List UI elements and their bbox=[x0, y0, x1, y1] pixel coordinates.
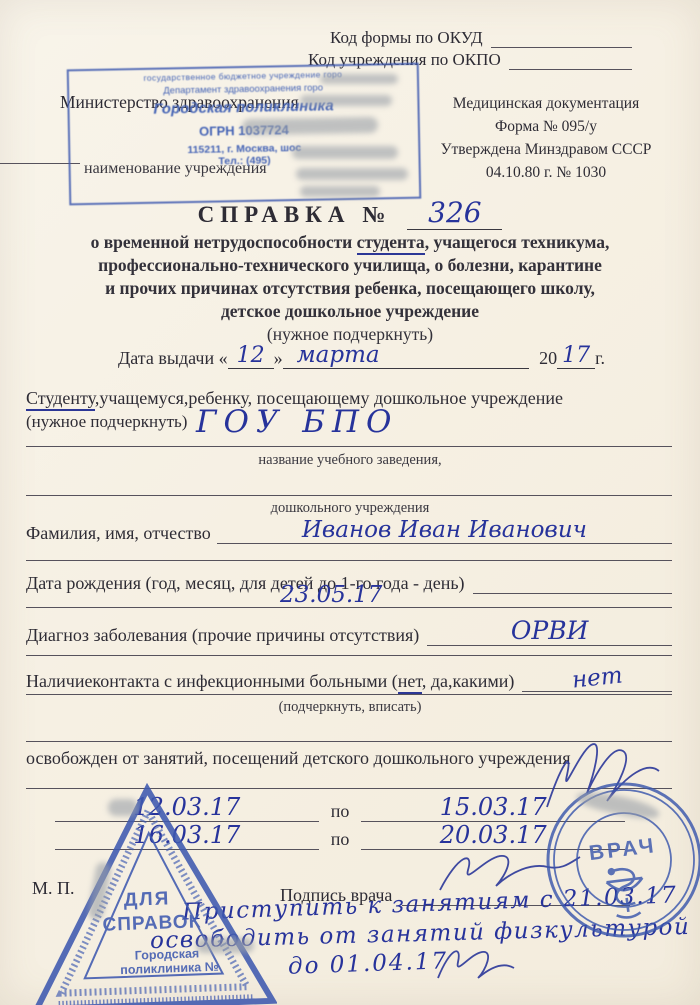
issue-year-value: 17 bbox=[562, 343, 590, 368]
release-po-1: по bbox=[331, 801, 350, 822]
diagnosis-row: Диагноз заболевания (прочие причины отсу… bbox=[26, 614, 672, 646]
diagnosis-extra-line bbox=[26, 655, 672, 656]
doctor-note-3: до 01.04.17 bbox=[288, 948, 449, 980]
scanned-certificate-page: Код формы по ОКУД Код учреждения по ОКПО… bbox=[0, 0, 700, 1005]
issue-day-value: 12 bbox=[237, 343, 265, 368]
contact-underlined-no: нет bbox=[398, 671, 422, 694]
redaction-smudge bbox=[292, 146, 398, 159]
release-to-1: 15.03.17 bbox=[440, 793, 547, 821]
certificate-title: СПРАВКА № bbox=[198, 202, 392, 228]
round-stamp-text: ВРАЧ bbox=[588, 834, 658, 865]
redaction-smudge bbox=[320, 74, 398, 84]
okud-blank-line bbox=[491, 46, 632, 48]
subtitle-underlined-word: студента bbox=[357, 232, 425, 255]
redaction-smudge bbox=[242, 117, 378, 135]
redaction-smudge bbox=[196, 938, 254, 953]
issue-year-prefix: 20 bbox=[539, 348, 557, 369]
contact-caption: (подчеркнуть, вписать) bbox=[0, 699, 700, 716]
release-label: освобожден от занятий, посещений детског… bbox=[26, 748, 571, 769]
subtitle-line3: и прочих причинах отсутствия ребенка, по… bbox=[20, 277, 680, 300]
subtitle-line1-pre: о временной нетрудоспособности bbox=[91, 232, 357, 252]
diagnosis-value: ОРВИ bbox=[511, 616, 589, 645]
student-underline-note: (нужное подчеркнуть) bbox=[26, 412, 187, 432]
contact-extra-line bbox=[26, 694, 672, 695]
issue-quote-close: » bbox=[274, 348, 283, 369]
birth-value-line bbox=[26, 607, 672, 608]
birth-label: Дата рождения (год, месяц, для детей до … bbox=[26, 573, 465, 594]
med-doc-line3: Утверждена Минздравом СССР bbox=[400, 138, 692, 161]
snake-and-bowl-icon bbox=[605, 866, 647, 920]
med-doc-line1: Медицинская документация bbox=[400, 92, 692, 115]
med-doc-line2: Форма № 095/у bbox=[400, 115, 692, 138]
okud-label: Код формы по ОКУД bbox=[330, 28, 483, 48]
redaction-smudge bbox=[300, 186, 380, 197]
redaction-smudge bbox=[108, 799, 138, 816]
fio-row: Фамилия, имя, отчество Иванов Иван Ивано… bbox=[26, 512, 672, 544]
subtitle-line2: профессионально-технического училища, о … bbox=[20, 254, 680, 277]
redaction-smudge bbox=[300, 95, 392, 106]
okud-code-row: Код формы по ОКУД bbox=[330, 28, 632, 48]
certificate-subtitle: о временной нетрудоспособности студента,… bbox=[20, 231, 680, 346]
contact-value: нет bbox=[571, 662, 624, 693]
contact-label-pre: Наличиеконтакта с инфекционными больными… bbox=[26, 671, 398, 691]
contact-label-post: , да,какими) bbox=[422, 671, 515, 691]
birth-value: 23.05.17 bbox=[280, 582, 382, 608]
organization-rect-stamp: государственное бюджетное учреждение гор… bbox=[67, 63, 422, 206]
issue-date-row: Дата выдачи « 12 » марта 20 17 г. bbox=[118, 342, 605, 369]
student-underlined-word: Студенту bbox=[26, 388, 95, 411]
release-po-2: по bbox=[331, 829, 350, 850]
med-doc-line4: 04.10.80 г. № 1030 bbox=[400, 161, 692, 184]
redaction-smudge bbox=[296, 168, 408, 180]
fio-value: Иванов Иван Иванович bbox=[302, 517, 587, 543]
subtitle-line1-post: , учащегося техникума, bbox=[425, 232, 610, 252]
dlya-spravok-triangle-stamp: ДЛЯ СПРАВОК Городская поликлиника № bbox=[25, 783, 277, 1005]
fio-label: Фамилия, имя, отчество bbox=[26, 523, 211, 544]
issue-date-label: Дата выдачи « bbox=[118, 348, 228, 369]
okpo-blank-line bbox=[509, 68, 632, 70]
triangle-stamp-line1: ДЛЯ bbox=[123, 888, 170, 911]
fio-extra-line bbox=[26, 560, 672, 561]
triangle-stamp-line2: СПРАВОК bbox=[102, 911, 201, 935]
school-caption: название учебного заведения, bbox=[0, 452, 700, 469]
diagnosis-label: Диагноз заболевания (прочие причины отсу… bbox=[26, 625, 419, 646]
school-name-value: ГОУ БПО bbox=[196, 404, 398, 440]
issue-year-suffix: г. bbox=[595, 348, 605, 369]
school-name-line bbox=[26, 446, 672, 447]
med-doc-block: Медицинская документация Форма № 095/у У… bbox=[400, 92, 692, 184]
certificate-number: 326 bbox=[428, 196, 481, 229]
contact-row: Наличиеконтакта с инфекционными больными… bbox=[26, 662, 672, 692]
subtitle-line4: детское дошкольное учреждение bbox=[20, 300, 680, 323]
birth-blank-line bbox=[473, 592, 672, 594]
preschool-line bbox=[26, 495, 672, 496]
note-signature-squiggle bbox=[430, 940, 520, 990]
issue-month-value: марта bbox=[297, 342, 380, 368]
